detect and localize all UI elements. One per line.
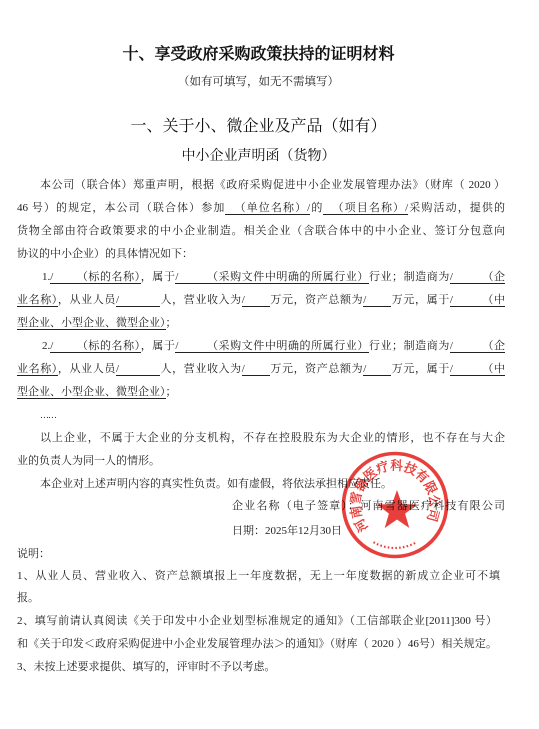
subject-value: / — [50, 271, 76, 283]
item-1-line-2: 业名称），从业人员/人，营业收入为/万元，资产总额为/万元，属于/（中 — [17, 289, 505, 312]
intro-line-2-prefix: 46 号）的规定，本公司（联合体）参加 — [17, 202, 225, 214]
item-terminator: ； — [166, 317, 177, 329]
revenue-prefix: 人，营业收入为 — [160, 294, 242, 306]
assets-value: / — [363, 294, 391, 306]
item-1-line-3: 型企业、小型企业、微型企业）； — [17, 312, 505, 335]
industry-value: / — [175, 340, 206, 352]
note-2-line-2: 和《关于印发＜政府采购促进中小企业发展管理办法＞的通知》（财库（ 2020 ）4… — [17, 633, 497, 655]
subject-label: （标的名称） — [76, 271, 140, 283]
subject-value: / — [50, 340, 76, 352]
employees-value: / — [116, 363, 160, 375]
intro-line-3: 货物全部由符合政策要求的中小企业制造。相关企业（含联合体中的中小企业、签订分包意… — [17, 220, 505, 243]
intro-line-2-suffix: 采购活动，提供的 — [408, 202, 505, 214]
document-subtitle: （如有可填写，如无不需填写） — [17, 74, 500, 90]
industry-label: （采购文件中明确的所属行业） — [206, 340, 369, 352]
assets-prefix: 万元，资产总额为 — [270, 294, 363, 306]
size-value: / — [450, 363, 482, 375]
manufacturer-label-end: 业名称） — [17, 363, 58, 376]
item-2-line-1: 2./（标的名称），属于/（采购文件中明确的所属行业）行业；制造商为/（企 — [42, 335, 505, 358]
revenue-prefix: 人，营业收入为 — [160, 363, 242, 375]
manufacturer-label-start: （企 — [482, 340, 505, 352]
industry-label: （采购文件中明确的所属行业） — [206, 271, 369, 283]
item-number: 1. — [42, 271, 50, 283]
size-label-start: （中 — [482, 363, 505, 375]
item-2-line-3: 型企业、小型企业、微型企业）； — [17, 381, 505, 404]
project-name-field: （项目名称）/ — [323, 202, 408, 215]
size-label-start: （中 — [482, 294, 505, 306]
assets-field: / — [363, 294, 391, 307]
ellipsis: …… — [40, 404, 505, 427]
manufacturer-value: / — [450, 271, 482, 283]
employees-value: / — [116, 294, 160, 306]
industry-field: /（采购文件中明确的所属行业） — [175, 271, 369, 284]
seal-ring-text: 河南雪器医疗科技有限公司 — [348, 458, 442, 535]
industry-prefix: ，属于 — [141, 340, 176, 352]
industry-field: /（采购文件中明确的所属行业） — [175, 340, 369, 353]
statement-line-1: 以上企业，不属于大企业的分支机构，不存在控股股东为大企业的情形，也不存在与大企 — [40, 427, 505, 450]
intro-line-2-mid: 的 — [310, 202, 323, 214]
intro-line-2: 46 号）的规定，本公司（联合体）参加（单位名称）/的（项目名称）/采购活动，提… — [17, 197, 505, 220]
assets-field: / — [363, 363, 391, 376]
manufacturer-field: /（企 — [450, 340, 505, 353]
note-1-line-2: 报。 — [17, 587, 500, 609]
form-title: 中小企业声明函（货物） — [17, 148, 500, 166]
revenue-value: / — [242, 363, 270, 375]
intro-line-4: 协议的中小企业）的具体情况如下： — [17, 243, 505, 266]
revenue-field: / — [242, 363, 270, 376]
section-heading: 一、关于小、微企业及产品（如有） — [17, 117, 500, 137]
item-2-line-2: 业名称），从业人员/人，营业收入为/万元，资产总额为/万元，属于/（中 — [17, 358, 505, 381]
document-page: 十、享受政府采购政策扶持的证明材料 （如有可填写，如无不需填写） 一、关于小、微… — [0, 0, 539, 729]
star-icon — [377, 490, 417, 528]
size-value: / — [450, 294, 482, 306]
employees-prefix: ，从业人员 — [58, 294, 116, 306]
revenue-value: / — [242, 294, 270, 306]
document-title: 十、享受政府采购政策扶持的证明材料 — [17, 45, 500, 65]
size-prefix: 万元，属于 — [391, 363, 450, 375]
subject-label: （标的名称） — [76, 340, 140, 352]
manufacturer-value: / — [450, 340, 482, 352]
industry-prefix: ，属于 — [141, 271, 176, 283]
manufacturer-field: /（企 — [450, 271, 505, 284]
industry-value: / — [175, 271, 206, 283]
manufacturer-prefix: 行业；制造商为 — [369, 271, 450, 283]
size-label-end: 型企业、小型企业、微型企业） — [17, 386, 166, 399]
date-value: 2025年12月30日 — [265, 525, 342, 537]
subject-field: /（标的名称） — [50, 340, 140, 353]
manufacturer-prefix: 行业；制造商为 — [369, 340, 450, 352]
size-field: /（中 — [450, 363, 505, 376]
intro-line-1: 本公司（联合体）郑重声明，根据《政府采购促进中小企业发展管理办法》（财库（ 20… — [40, 174, 505, 197]
company-seal-stamp: 河南雪器医疗科技有限公司 — [339, 449, 451, 561]
date-label: 日期： — [232, 525, 265, 537]
unit-name-field: （单位名称）/ — [225, 202, 310, 215]
project-name-field-label: （项目名称）/ — [331, 202, 408, 214]
note-2-line-1: 2、填写前请认真阅读《关于印发中小企业划型标准规定的通知》（工信部联企业[201… — [17, 610, 497, 632]
size-prefix: 万元，属于 — [391, 294, 450, 306]
item-1-line-1: 1./（标的名称），属于/（采购文件中明确的所属行业）行业；制造商为/（企 — [42, 266, 505, 289]
assets-value: / — [363, 363, 391, 375]
employees-field: / — [116, 294, 160, 307]
manufacturer-label-end: 业名称） — [17, 294, 58, 307]
unit-name-field-label: （单位名称）/ — [233, 202, 310, 214]
seal-serial-number — [374, 542, 417, 548]
size-field: /（中 — [450, 294, 505, 307]
manufacturer-label-start: （企 — [482, 271, 505, 283]
revenue-field: / — [242, 294, 270, 307]
item-number: 2. — [42, 340, 50, 352]
employees-prefix: ，从业人员 — [58, 363, 116, 375]
size-label-end: 型企业、小型企业、微型企业） — [17, 317, 166, 330]
note-3: 3、未按上述要求提供、填写的，评审时不予以考虑。 — [17, 656, 500, 678]
assets-prefix: 万元，资产总额为 — [270, 363, 363, 375]
item-terminator: ； — [166, 386, 177, 398]
note-1-line-1: 1、从业人员、营业收入、资产总额填报上一年度数据，无上一年度数据的新成立企业可不… — [17, 565, 500, 587]
employees-field: / — [116, 363, 160, 376]
subject-field: /（标的名称） — [50, 271, 140, 284]
